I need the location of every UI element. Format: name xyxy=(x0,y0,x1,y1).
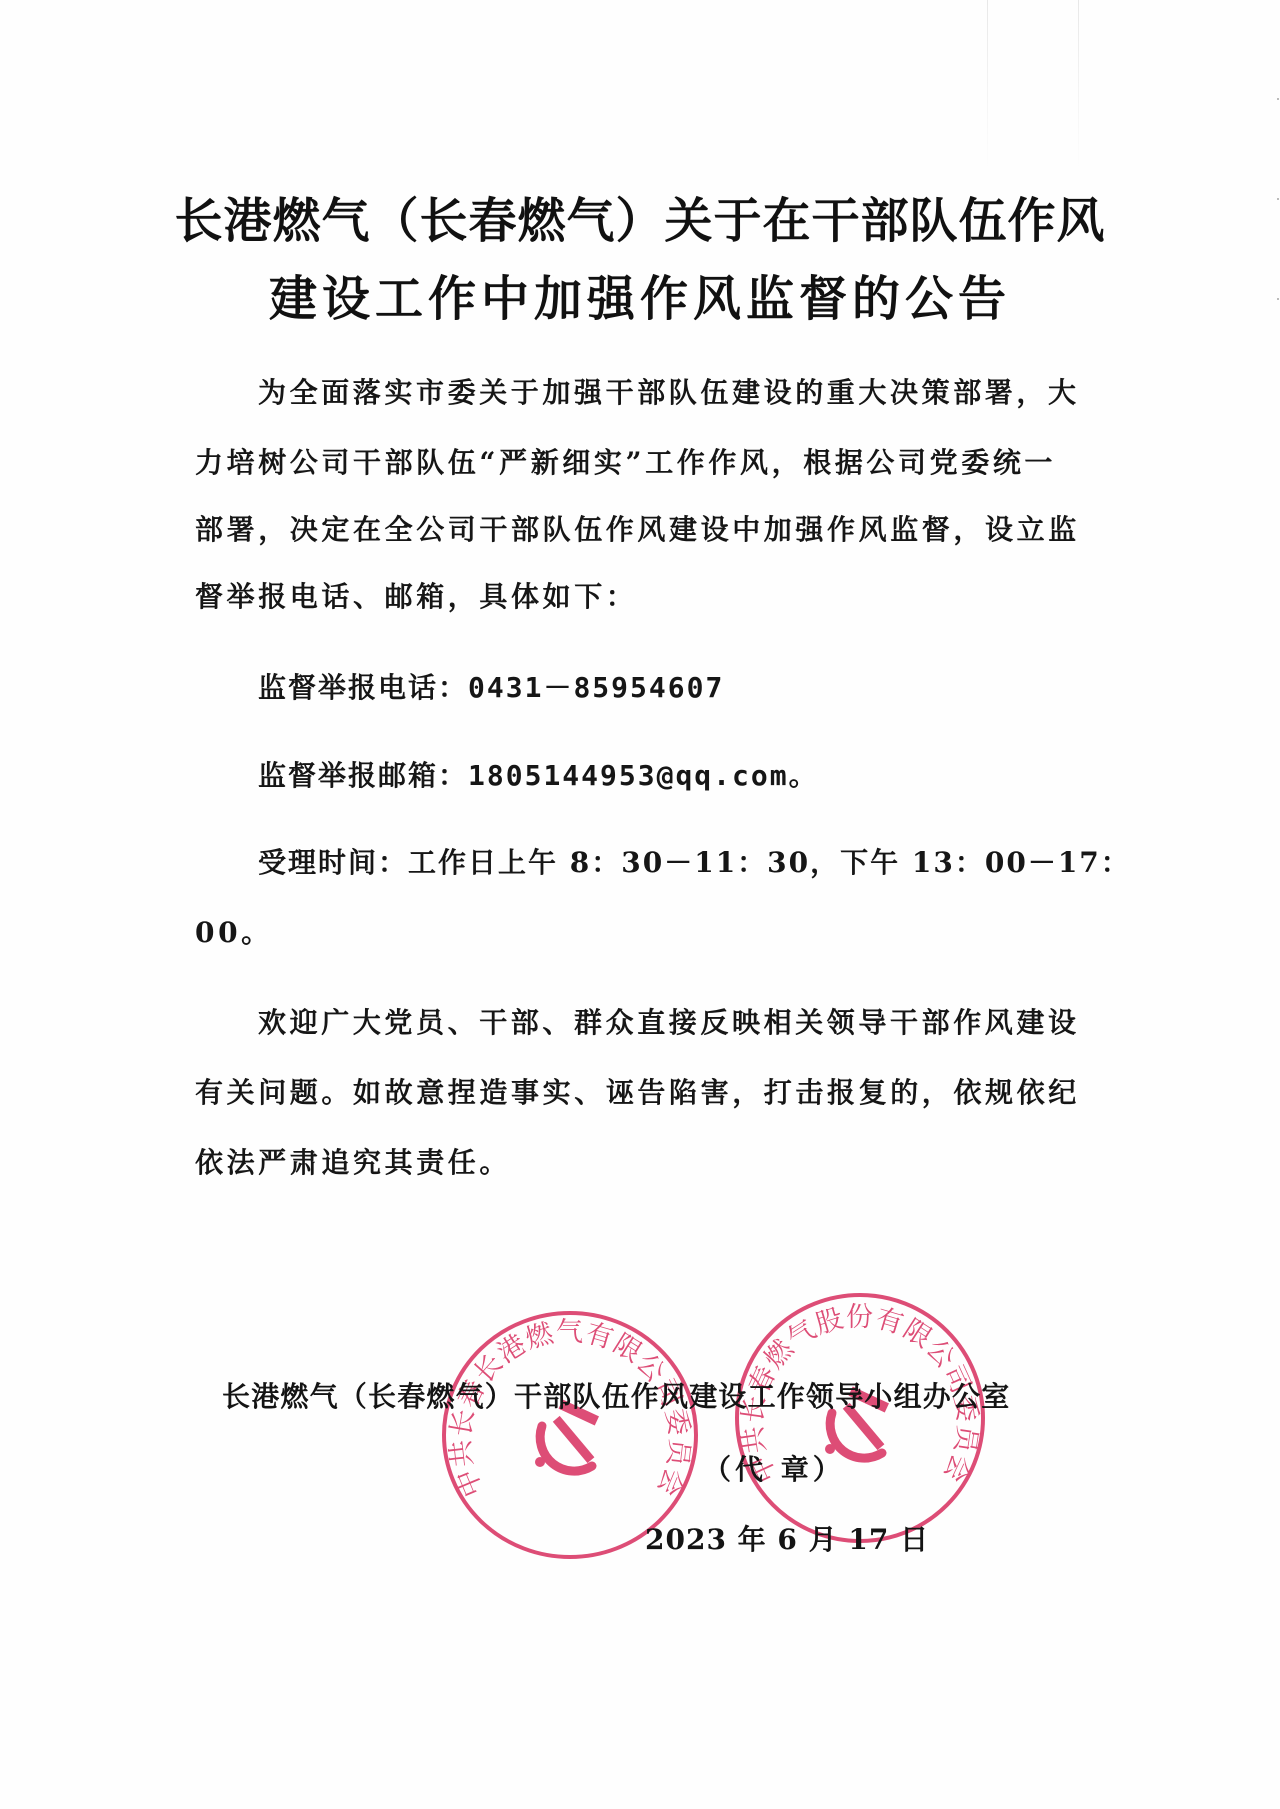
phone-label: 监督举报电话： xyxy=(258,671,468,704)
issuer-name: 长港燃气（长春燃气）干部队伍作风建设工作领导小组办公室 xyxy=(222,1377,1010,1417)
hours-value: 工作日上午 8：30－11：30，下午 13：00－17： xyxy=(408,846,1131,879)
official-seal-changchun: 中共长春燃气股份有限公司委员会 xyxy=(733,1291,987,1545)
intro-paragraph-line: 力培树公司干部队伍“严新细实”工作作风，根据公司党委统一 xyxy=(195,443,1056,483)
hours-value-continued: 00。 xyxy=(195,913,273,953)
intro-paragraph-line: 督举报电话、邮箱，具体如下： xyxy=(195,577,637,617)
closing-paragraph-line: 依法严肃追究其责任。 xyxy=(195,1143,511,1183)
document-title-line-2: 建设工作中加强作风监督的公告 xyxy=(0,271,1280,327)
scan-artifact-line xyxy=(987,0,988,170)
hours-row: 受理时间：工作日上午 8：30－11：30，下午 13：00－17： xyxy=(258,843,1131,883)
scan-artifact-line xyxy=(1078,0,1079,170)
scan-artifact-dot xyxy=(1277,98,1279,100)
closing-paragraph-line: 有关问题。如故意捏造事实、诬告陷害，打击报复的，依规依纪 xyxy=(195,1073,1080,1113)
email-row: 监督举报邮箱：1805144953@qq.com。 xyxy=(258,756,819,796)
hours-label: 受理时间： xyxy=(258,846,408,879)
document-title-line-1: 长港燃气（长春燃气）关于在干部队伍作风 xyxy=(0,193,1280,249)
email-label: 监督举报邮箱： xyxy=(258,759,468,792)
phone-value: 0431－85954607 xyxy=(468,671,724,704)
email-value: 1805144953@qq.com。 xyxy=(468,759,819,792)
issue-date: 2023 年 6 月 17 日 xyxy=(645,1520,929,1560)
document-page: 长港燃气（长春燃气）关于在干部队伍作风 建设工作中加强作风监督的公告 为全面落实… xyxy=(0,0,1280,1809)
closing-paragraph-line: 欢迎广大党员、干部、群众直接反映相关领导干部作风建设 xyxy=(258,1003,1080,1043)
seal-note: （代 章） xyxy=(703,1450,845,1490)
intro-paragraph-line: 为全面落实市委关于加强干部队伍建设的重大决策部署，大 xyxy=(258,373,1080,413)
intro-paragraph-line: 部署，决定在全公司干部队伍作风建设中加强作风监督，设立监 xyxy=(195,510,1080,550)
phone-row: 监督举报电话：0431－85954607 xyxy=(258,668,724,708)
